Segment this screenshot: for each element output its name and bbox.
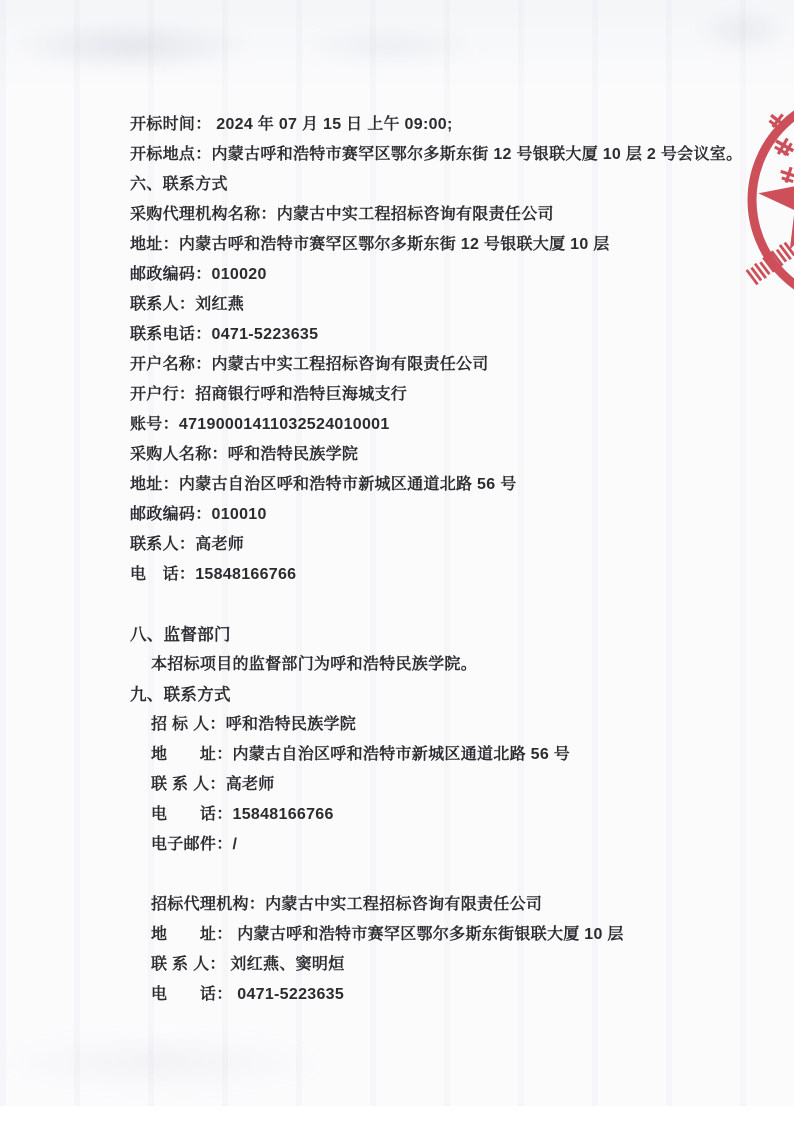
line-agent-phone: 电 话： 0471-5223635 [130,980,750,1010]
line-bank: 开户行：招商银行呼和浩特巨海城支行 [130,380,750,410]
line-tenderer-name: 招 标 人：呼和浩特民族学院 [130,710,750,740]
scan-artifact [12,22,252,70]
section-nine-heading: 九、联系方式 [130,680,750,710]
line-agency-address: 地址：内蒙古呼和浩特市赛罕区鄂尔多斯东街 12 号银联大厦 10 层 [130,230,750,260]
line-supervision-body: 本招标项目的监督部门为呼和浩特民族学院。 [130,650,750,680]
scan-artifact [300,28,480,64]
line-bid-opening-time: 开标时间： 2024 年 07 月 15 日 上午 09:00; [130,110,750,140]
line-agent-contact: 联 系 人： 刘红燕、窦明烜 [130,950,750,980]
section-six-heading: 六、联系方式 [130,170,750,200]
line-agent-name: 招标代理机构：内蒙古中实工程招标咨询有限责任公司 [130,890,750,920]
line-bid-opening-place: 开标地点：内蒙古呼和浩特市赛罕区鄂尔多斯东街 12 号银联大厦 10 层 2 号… [130,140,750,170]
line-purchaser-address: 地址：内蒙古自治区呼和浩特市新城区通道北路 56 号 [130,470,750,500]
line-purchaser-contact: 联系人：高老师 [130,530,750,560]
line-tenderer-address: 地 址：内蒙古自治区呼和浩特市新城区通道北路 56 号 [130,740,750,770]
line-agency-postcode: 邮政编码：010020 [130,260,750,290]
line-agency-phone: 联系电话：0471-5223635 [130,320,750,350]
line-purchaser-phone: 电 话：15848166766 [130,560,750,590]
line-account-name: 开户名称：内蒙古中实工程招标咨询有限责任公司 [130,350,750,380]
section-eight-heading: 八、监督部门 [130,620,750,650]
line-account-number: 账号：47190001411032524010001 [130,410,750,440]
line-agent-address: 地 址： 内蒙古呼和浩特市赛罕区鄂尔多斯东街银联大厦 10 层 [130,920,750,950]
line-tenderer-email: 电子邮件：/ [130,830,750,860]
line-agency-name: 采购代理机构名称：内蒙古中实工程招标咨询有限责任公司 [130,200,750,230]
line-tenderer-phone: 电 话：15848166766 [130,800,750,830]
line-agency-contact: 联系人：刘红燕 [130,290,750,320]
line-purchaser-name: 采购人名称：呼和浩特民族学院 [130,440,750,470]
scan-artifact [0,1035,320,1090]
line-tenderer-contact: 联 系 人：高老师 [130,770,750,800]
document-body: 开标时间： 2024 年 07 月 15 日 上午 09:00; 开标地点：内蒙… [130,110,750,1010]
official-seal-stamp [734,95,794,305]
document-page: 开标时间： 2024 年 07 月 15 日 上午 09:00; 开标地点：内蒙… [0,0,794,1106]
line-purchaser-postcode: 邮政编码：010010 [130,500,750,530]
scan-artifact [698,8,788,52]
